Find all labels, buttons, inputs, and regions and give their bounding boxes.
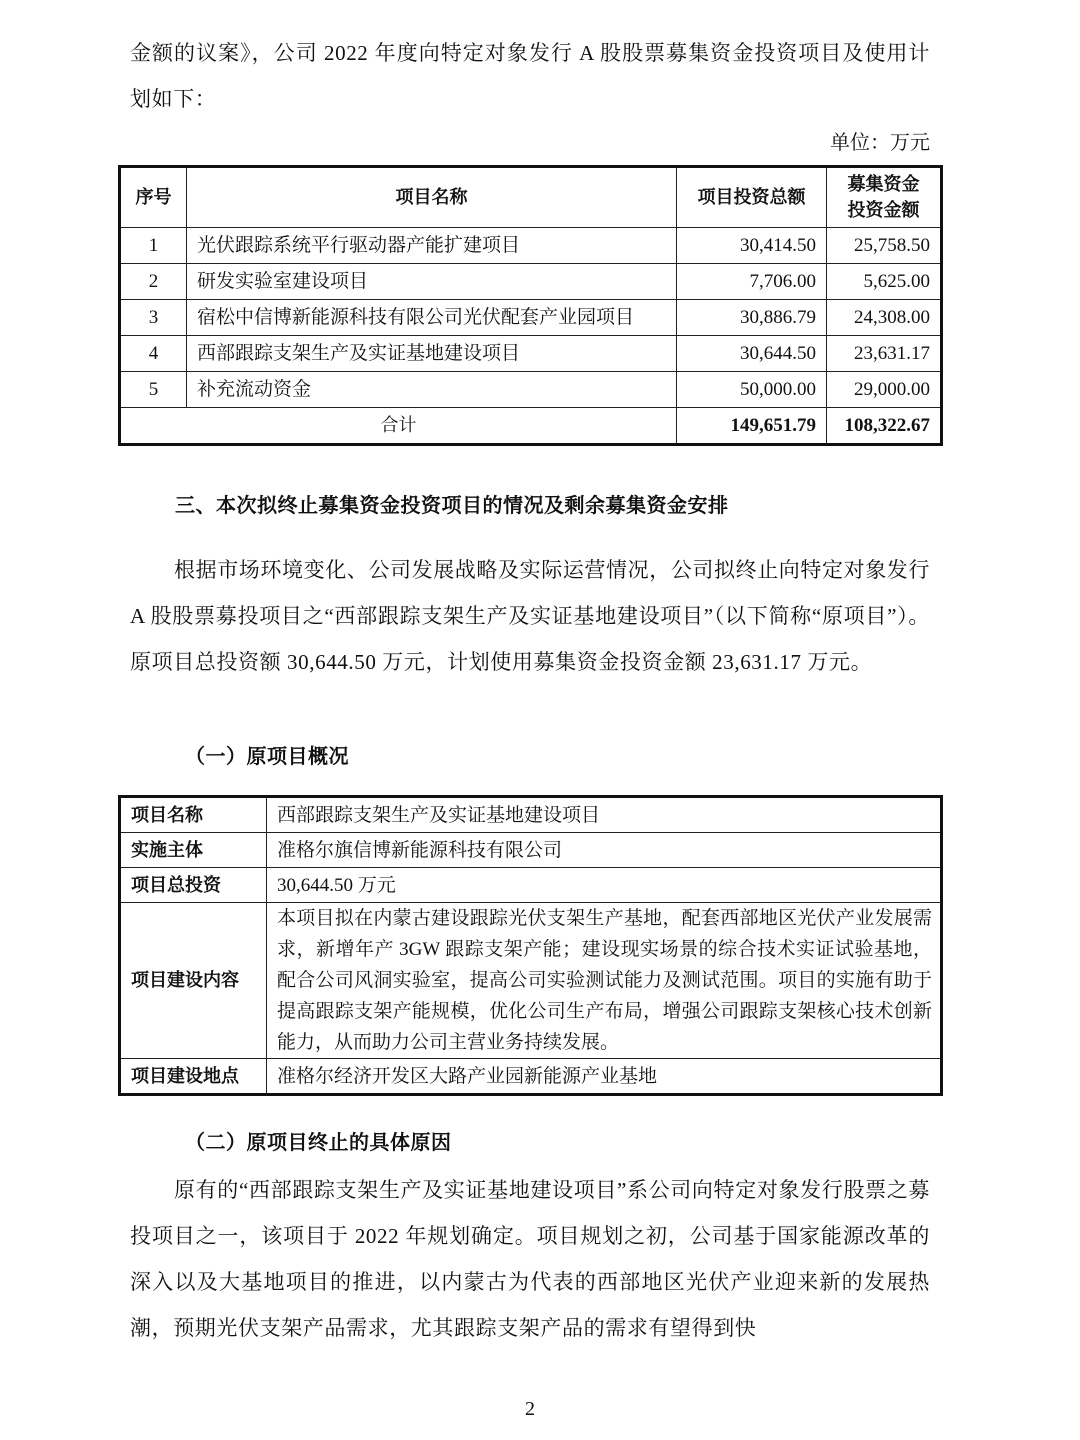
row-total-investment: 30,886.79 xyxy=(677,300,827,336)
overview-row-implementer: 实施主体 准格尔旗信博新能源科技有限公司 xyxy=(120,833,942,868)
row-index: 2 xyxy=(120,264,187,300)
row-total-investment: 50,000.00 xyxy=(677,372,827,408)
intro-paragraph: 金额的议案》，公司 2022 年度向特定对象发行 A 股股票募集资金投资项目及使… xyxy=(130,30,930,122)
raised-funds-sum: 108,322.67 xyxy=(827,408,942,445)
row-project-name: 光伏跟踪系统平行驱动器产能扩建项目 xyxy=(187,228,677,264)
section-3-heading: 三、本次拟终止募集资金投资项目的情况及剩余募集资金安排 xyxy=(175,490,729,520)
row-raised-funds: 23,631.17 xyxy=(827,336,942,372)
row-project-name: 研发实验室建设项目 xyxy=(187,264,677,300)
overview-value: 本项目拟在内蒙古建设跟踪光伏支架生产基地，配套西部地区光伏产业发展需求，新增年产… xyxy=(267,903,942,1059)
overview-value: 西部跟踪支架生产及实证基地建设项目 xyxy=(267,797,942,833)
original-project-overview-table: 项目名称 西部跟踪支架生产及实证基地建设项目 实施主体 准格尔旗信博新能源科技有… xyxy=(118,795,943,1096)
row-raised-funds: 25,758.50 xyxy=(827,228,942,264)
row-total-investment: 7,706.00 xyxy=(677,264,827,300)
header-total-investment: 项目投资总额 xyxy=(677,167,827,228)
row-index: 1 xyxy=(120,228,187,264)
row-total-investment: 30,414.50 xyxy=(677,228,827,264)
row-project-name: 宿松中信博新能源科技有限公司光伏配套产业园项目 xyxy=(187,300,677,336)
overview-row-construction-content: 项目建设内容 本项目拟在内蒙古建设跟踪光伏支架生产基地，配套西部地区光伏产业发展… xyxy=(120,903,942,1059)
row-index: 3 xyxy=(120,300,187,336)
header-raised-funds: 募集资金 投资金额 xyxy=(827,167,942,228)
table-total-row: 合计 149,651.79 108,322.67 xyxy=(120,408,942,445)
table-row: 2 研发实验室建设项目 7,706.00 5,625.00 xyxy=(120,264,942,300)
overview-label: 项目建设地点 xyxy=(120,1059,267,1095)
overview-label: 项目建设内容 xyxy=(120,903,267,1059)
total-label: 合计 xyxy=(120,408,677,445)
overview-value: 准格尔经济开发区大路产业园新能源产业基地 xyxy=(267,1059,942,1095)
table-row: 3 宿松中信博新能源科技有限公司光伏配套产业园项目 30,886.79 24,3… xyxy=(120,300,942,336)
overview-row-total-investment: 项目总投资 30,644.50 万元 xyxy=(120,868,942,903)
page-number: 2 xyxy=(0,1398,1060,1421)
row-project-name: 西部跟踪支架生产及实证基地建设项目 xyxy=(187,336,677,372)
overview-label: 实施主体 xyxy=(120,833,267,868)
table-row: 5 补充流动资金 50,000.00 29,000.00 xyxy=(120,372,942,408)
row-total-investment: 30,644.50 xyxy=(677,336,827,372)
overview-label: 项目名称 xyxy=(120,797,267,833)
overview-label: 项目总投资 xyxy=(120,868,267,903)
document-page: 金额的议案》，公司 2022 年度向特定对象发行 A 股股票募集资金投资项目及使… xyxy=(0,0,1080,1440)
row-project-name: 补充流动资金 xyxy=(187,372,677,408)
fund-usage-table: 序号 项目名称 项目投资总额 募集资金 投资金额 1 光伏跟踪系统平行驱动器产能… xyxy=(118,165,943,446)
header-index: 序号 xyxy=(120,167,187,228)
total-investment-sum: 149,651.79 xyxy=(677,408,827,445)
subsection-2-paragraph: 原有的“西部跟踪支架生产及实证基地建设项目”系公司向特定对象发行股票之募投项目之… xyxy=(130,1167,930,1351)
overview-value: 30,644.50 万元 xyxy=(267,868,942,903)
section-3-paragraph: 根据市场环境变化、公司发展战略及实际运营情况，公司拟终止向特定对象发行 A 股股… xyxy=(130,547,930,685)
row-raised-funds: 24,308.00 xyxy=(827,300,942,336)
header-raised-funds-line1: 募集资金 xyxy=(833,172,934,198)
table-unit-label: 单位：万元 xyxy=(830,128,930,158)
overview-row-project-name: 项目名称 西部跟踪支架生产及实证基地建设项目 xyxy=(120,797,942,833)
table-row: 1 光伏跟踪系统平行驱动器产能扩建项目 30,414.50 25,758.50 xyxy=(120,228,942,264)
header-raised-funds-line2: 投资金额 xyxy=(833,198,934,224)
row-raised-funds: 5,625.00 xyxy=(827,264,942,300)
table-header-row: 序号 项目名称 项目投资总额 募集资金 投资金额 xyxy=(120,167,942,228)
overview-value: 准格尔旗信博新能源科技有限公司 xyxy=(267,833,942,868)
row-raised-funds: 29,000.00 xyxy=(827,372,942,408)
overview-row-location: 项目建设地点 准格尔经济开发区大路产业园新能源产业基地 xyxy=(120,1059,942,1095)
row-index: 5 xyxy=(120,372,187,408)
header-project-name: 项目名称 xyxy=(187,167,677,228)
table-row: 4 西部跟踪支架生产及实证基地建设项目 30,644.50 23,631.17 xyxy=(120,336,942,372)
row-index: 4 xyxy=(120,336,187,372)
subsection-2-heading: （二）原项目终止的具体原因 xyxy=(185,1127,452,1157)
subsection-1-heading: （一）原项目概况 xyxy=(185,741,349,771)
